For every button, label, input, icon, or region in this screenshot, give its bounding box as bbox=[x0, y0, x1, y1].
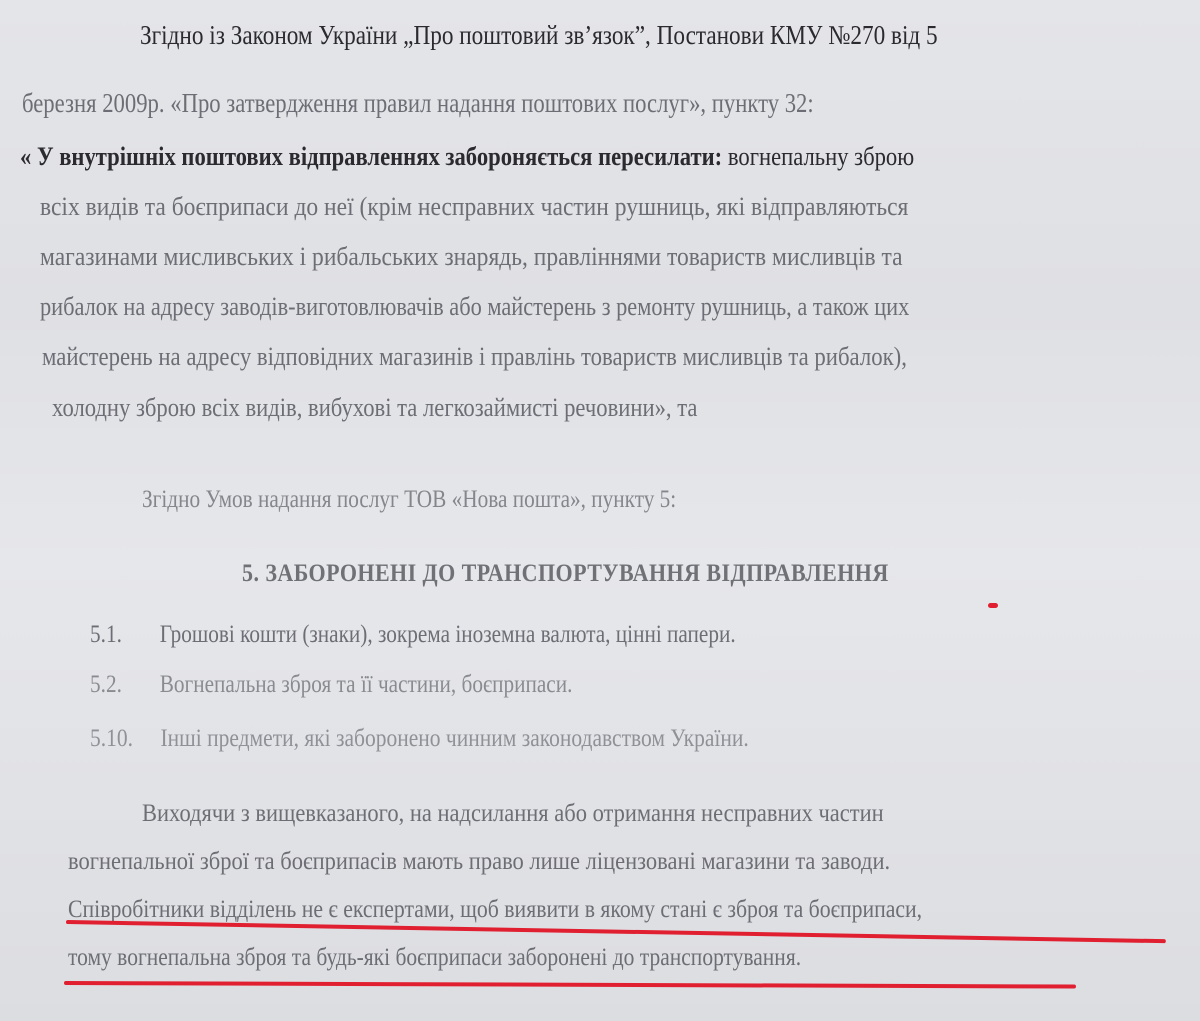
quote-line-1-rest: вогнепальну зброю bbox=[722, 142, 914, 171]
red-mark-dot bbox=[988, 603, 998, 608]
quote-line-5: майстерень на адресу відповідних магазин… bbox=[42, 342, 907, 372]
quote-line-2: всіх видів та боєприпаси до неї (крім не… bbox=[40, 192, 908, 222]
quote-line-3: магазинами мисливських і рибальських зна… bbox=[40, 242, 903, 272]
item-number: 5.1. bbox=[90, 621, 160, 649]
conclusion-line-2: вогнепальної зброї та боєприпасів мають … bbox=[68, 848, 890, 876]
section-heading: 5. ЗАБОРОНЕНІ ДО ТРАНСПОРТУВАННЯ ВІДПРАВ… bbox=[242, 560, 889, 588]
conclusion-line-1: Виходячи з вищевказаного, на надсилання … bbox=[142, 800, 884, 828]
conclusion-line-3: Співробітники відділень не є експертами,… bbox=[68, 896, 922, 924]
nova-poshta-intro: Згідно Умов надання послуг ТОВ «Нова пош… bbox=[142, 486, 676, 514]
item-text: Інші предмети, які заборонено чинним зак… bbox=[161, 725, 749, 752]
item-5-1: 5.1.Грошові кошти (знаки), зокрема інозе… bbox=[90, 621, 736, 649]
red-underline-2 bbox=[64, 981, 1076, 989]
item-5-2: 5.2.Вогнепальна зброя та її частини, боє… bbox=[90, 671, 572, 699]
item-text: Грошові кошти (знаки), зокрема іноземна … bbox=[160, 621, 736, 648]
quote-bold-lead: « У внутрішніх поштових відправленнях за… bbox=[20, 142, 722, 171]
item-number: 5.10. bbox=[90, 725, 161, 753]
quote-line-1: « У внутрішніх поштових відправленнях за… bbox=[20, 142, 914, 172]
item-5-10: 5.10.Інші предмети, які заборонено чинни… bbox=[90, 725, 749, 753]
quote-line-4: рибалок на адресу заводів-виготовлювачів… bbox=[40, 292, 909, 322]
intro-line-2: березня 2009р. «Про затвердження правил … bbox=[22, 88, 814, 119]
item-number: 5.2. bbox=[90, 671, 160, 699]
item-text: Вогнепальна зброя та її частини, боєприп… bbox=[160, 671, 573, 698]
quote-line-6: холодну зброю всіх видів, вибухові та ле… bbox=[52, 393, 697, 423]
intro-line-1: Згідно із Законом України „Про поштовий … bbox=[140, 20, 938, 51]
conclusion-line-4: тому вогнепальна зброя та будь-які боєпр… bbox=[68, 944, 801, 972]
